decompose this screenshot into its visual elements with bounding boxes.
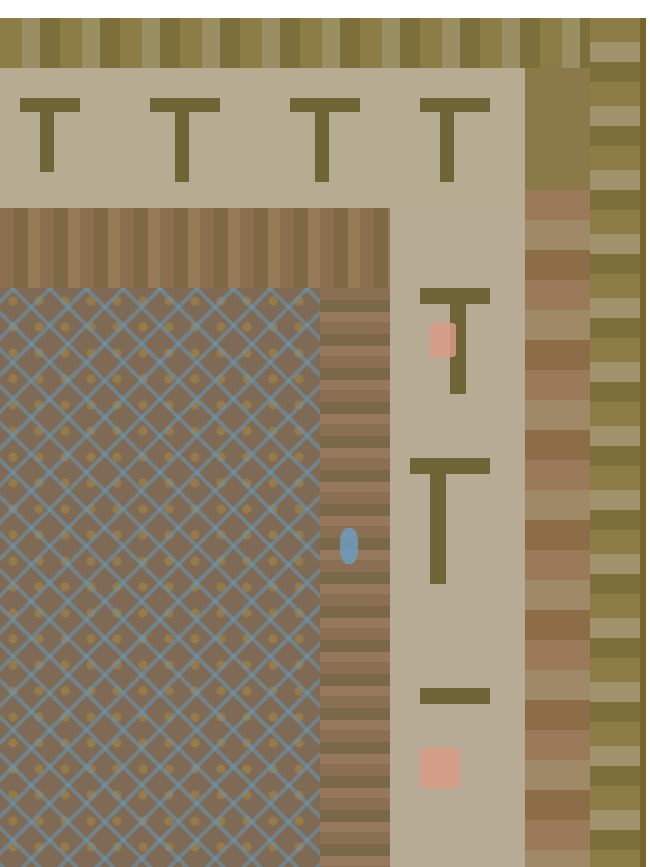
border-motif bbox=[430, 474, 446, 584]
main-border-top bbox=[0, 68, 525, 208]
pink-accent bbox=[420, 748, 460, 788]
outer-guard-border-top bbox=[0, 18, 640, 68]
outer-guard-border-right bbox=[590, 18, 640, 867]
main-border-right bbox=[390, 208, 525, 867]
border-motif bbox=[440, 112, 454, 182]
border-motif bbox=[420, 288, 490, 304]
border-motif bbox=[290, 98, 360, 112]
border-motif bbox=[150, 98, 220, 112]
border-motif bbox=[420, 98, 490, 112]
border-motif bbox=[20, 98, 80, 112]
border-motif bbox=[175, 112, 189, 182]
border-motif bbox=[40, 112, 54, 172]
blue-accent bbox=[340, 528, 358, 564]
border-motif bbox=[315, 112, 329, 182]
border-motif bbox=[410, 458, 490, 474]
border-motif bbox=[420, 688, 490, 704]
secondary-border-right bbox=[320, 288, 390, 867]
outer-right-band bbox=[525, 190, 590, 867]
secondary-border-top bbox=[0, 208, 390, 288]
diamond-lattice-field bbox=[0, 288, 320, 867]
pink-accent bbox=[430, 323, 456, 357]
